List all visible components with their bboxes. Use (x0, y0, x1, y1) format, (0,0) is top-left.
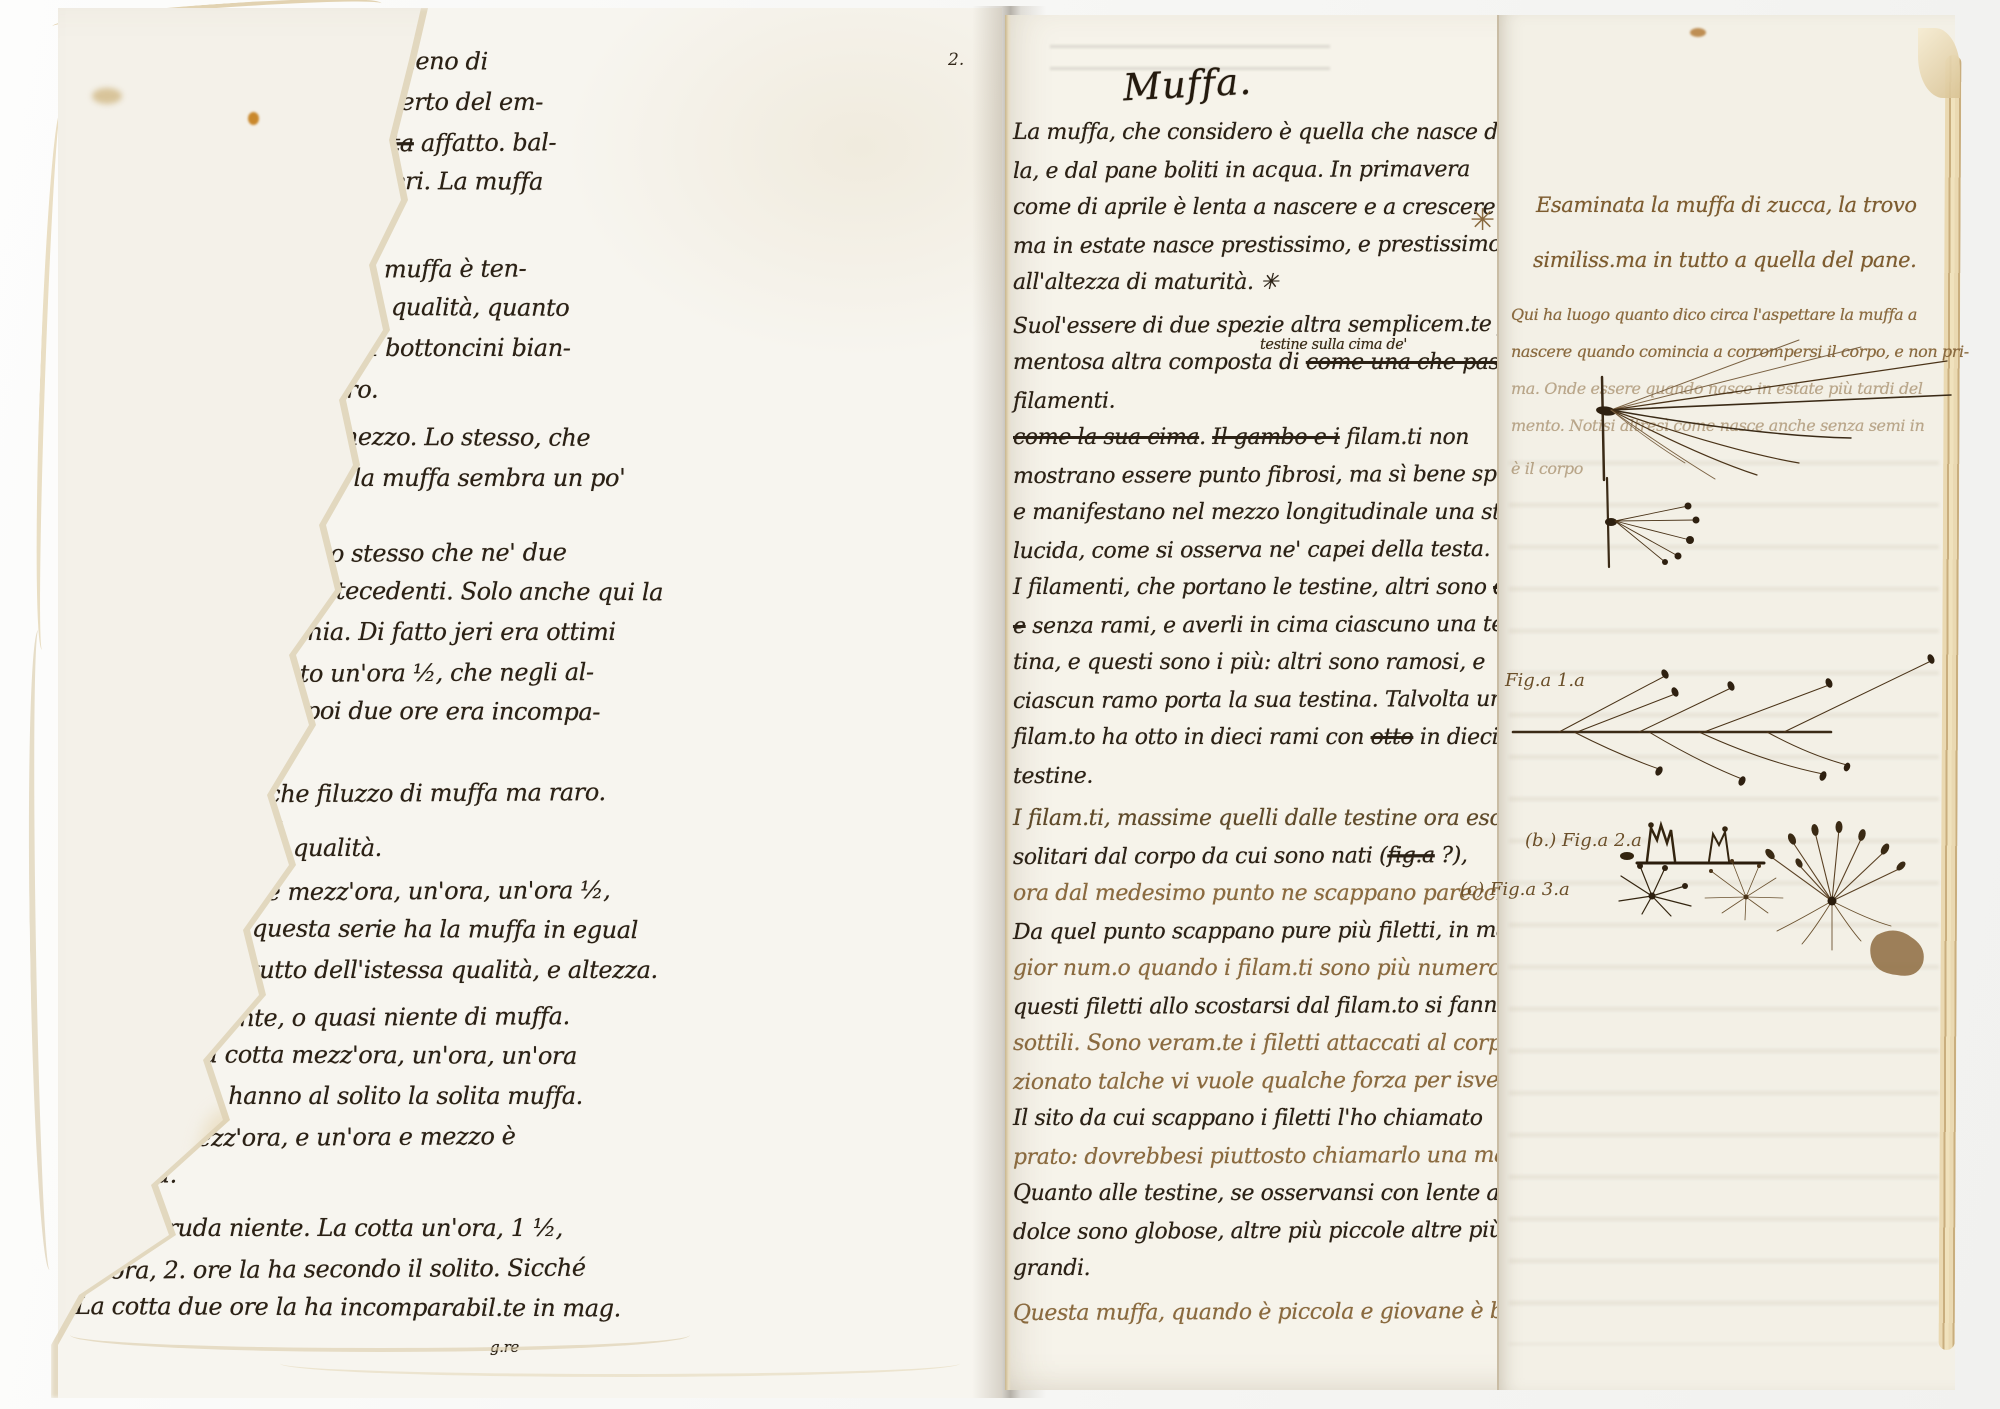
figure3-starburst-drawings (1619, 821, 1907, 950)
photo-backdrop: 'ora. Tutto pieno dil.te è più coperto d… (0, 0, 2000, 1409)
mold-filament-drawings (1499, 15, 1955, 1390)
manuscript-line: sottili. Sono veram.te i filetti attacca… (1013, 1031, 1488, 1069)
manuscript-line: tina, e questi sono i più: altri sono ra… (1013, 650, 1488, 688)
manuscript-line: Il sito da cui scappano i filetti l'ho c… (1013, 1106, 1488, 1144)
manuscript-line: la, e dal pane boliti in acqua. In prima… (1013, 156, 1488, 196)
manuscript-line: Quanto alle testine, se osservansi con l… (1013, 1181, 1488, 1219)
manuscript-line: n'ora. Qui la muffa è ten- (232, 252, 980, 297)
manuscript-line: e senza rami, e averli in cima ciascuno … (1013, 611, 1488, 651)
manuscript-line: detto la muffa sembra un po' (285, 464, 980, 504)
manuscript-line: I filamenti, che portano le testine, alt… (1013, 575, 1488, 613)
manuscript-line: ora dal medesimo punto ne scappano parec… (1013, 881, 1488, 919)
manuscript-line: I filam.ti, massime quelli dalle testine… (1013, 806, 1488, 844)
figure1-label: Fig.a 1.a (1505, 670, 1585, 691)
manuscript-line: ma (262, 816, 980, 835)
torn-sheet: 'ora. Tutto pieno dil.te è più coperto d… (58, 8, 1002, 1398)
manuscript-line: Questa muffa, quando è piccola e giovane… (1013, 1298, 1488, 1338)
page-stack-edge (70, 1318, 690, 1352)
manuscript-line: più vecchia. Di fatto jeri era ottimi (210, 618, 980, 658)
manuscript-line: uffa è la scelta affatto. bal- (242, 126, 980, 171)
manuscript-line: nel boluto un'ora ½, che negli al- (205, 656, 980, 701)
manuscript-line: all'altezza di maturità. ✳ (1013, 270, 1488, 308)
manuscript-line: della med.a qualità, quanto (247, 292, 980, 335)
manuscript-line: lunga. (255, 208, 980, 248)
manuscript-line: mentosa altra composta di come una che p… (1013, 350, 1488, 388)
manuscript-line: questi filetti allo scostarsi dal filam.… (1013, 992, 1488, 1032)
manuscript-line: gior num.o quando i filam.ti sono più nu… (1013, 956, 1488, 994)
manuscript-line: qualità. (293, 834, 980, 874)
manuscript-line: lche filuzzo di muffa ma raro. (260, 776, 980, 820)
manuscript-line: numero. (280, 372, 980, 416)
manuscript-line: Zucca cruda niente. La cotta un'ora, 1 ½… (75, 1214, 980, 1254)
manuscript-line: mostrano essere punto fibrosi, ma sì ben… (1013, 461, 1488, 501)
margin-asterisk: ✳ (1470, 203, 1495, 238)
right-page: CX D 15.14 42 Muffa. La muffa, che consi… (1005, 15, 1955, 1390)
stain (92, 88, 122, 104)
figure-fan-drawing-2 (1605, 478, 1700, 567)
manuscript-line: questa serie ha la muffa in egual (252, 914, 980, 957)
page-title: Muffa. (1122, 60, 1253, 110)
manuscript-line: e manifestano nel mezzo longitudinale un… (1013, 500, 1488, 538)
manuscript-line: testine. (1013, 761, 1488, 801)
manuscript-line: lucida, come si osserva ne' capei della … (1013, 536, 1488, 576)
manuscript-line: Da quel punto scappano pure più filetti,… (1013, 917, 1488, 957)
manuscript-line: chi, e molti neri. La muffa (238, 166, 980, 209)
manuscript-line: Suol'essere di due spezie altra semplice… (1013, 311, 1488, 351)
figure-fan-drawing-1 (1595, 340, 1951, 480)
manuscript-line: niente, o quasi niente di muffa. (203, 1000, 980, 1045)
manuscript-line: filamenti. (1013, 386, 1488, 426)
manuscript-line: l.te è più coperto del em- (248, 88, 980, 128)
manuscript-line: e ore. Lo stesso che ne' due (240, 536, 980, 581)
manuscript-line: boluto poi due ore era incompa- (223, 696, 980, 739)
manuscript-line: prato: dovrebbesi piuttosto chiamarlo un… (1013, 1142, 1488, 1182)
manuscript-line: 'ora. Tutto pieno di (263, 46, 980, 89)
main-text-block: La muffa, che considero è quella che nas… (1013, 120, 1488, 1337)
ink-stain-blot (1870, 930, 1924, 975)
manuscript-line: ciascun ramo porta la sua testina. Talvo… (1013, 686, 1488, 726)
manuscript-line: come di aprile è lenta a nascere e a cre… (1013, 195, 1488, 233)
manuscript-line: filam.to ha otto in dieci rami con otto … (1013, 725, 1488, 763)
manuscript-line: grandi. (1013, 1256, 1488, 1294)
manuscript-line: 'tosa. (230, 738, 980, 778)
figure3-label: (c) Fig.a 3.a (1460, 879, 1570, 900)
manuscript-line: ite mezz'ora, un'ora, un'ora ½, (250, 874, 980, 918)
manuscript-line: La muffa, che considero è quella che nas… (1013, 120, 1488, 158)
manuscript-line: più alba. (75, 1160, 980, 1204)
left-text-block: 'ora. Tutto pieno dil.te è più coperto d… (75, 48, 980, 1378)
manuscript-line: come la sua cima. Il gambo e i filam.ti … (1013, 425, 1488, 463)
manuscript-line: ma in estate nasce prestissimo, e presti… (1013, 231, 1488, 271)
manuscript-line: o la cotta mezz'ora, un'ora, un'ora (175, 1040, 980, 1084)
manuscript-line: dolce sono globose, altre più piccole al… (1013, 1217, 1488, 1257)
next-leaf-edge: Esaminata la muffa di zucca, la trovosim… (1497, 15, 1955, 1390)
figure2-label: (b.) Fig.a 2.a (1525, 830, 1642, 851)
page-stack-edge (280, 1350, 960, 1377)
manuscript-line: z'ora. Solo i bottoncini bian- (240, 334, 980, 374)
stain (248, 112, 259, 125)
manuscript-line: 'ora e mezzo. Lo stesso, che (262, 422, 980, 465)
left-page-number: 2. (948, 50, 964, 70)
manuscript-line: zionato talche vi vuole qualche forza pe… (1013, 1067, 1488, 1107)
right-page-inner-edge (1005, 15, 1011, 1390)
manuscript-line: tutto dell'istessa qualità, e altezza. (250, 956, 980, 996)
left-page: 'ora. Tutto pieno dil.te è più coperto d… (58, 8, 1002, 1398)
manuscript-line: solitari dal corpo da cui sono nati (fig… (1013, 842, 1488, 882)
manuscript-line: ½ ora, 2. ore la ha secondo il solito. S… (80, 1251, 980, 1296)
